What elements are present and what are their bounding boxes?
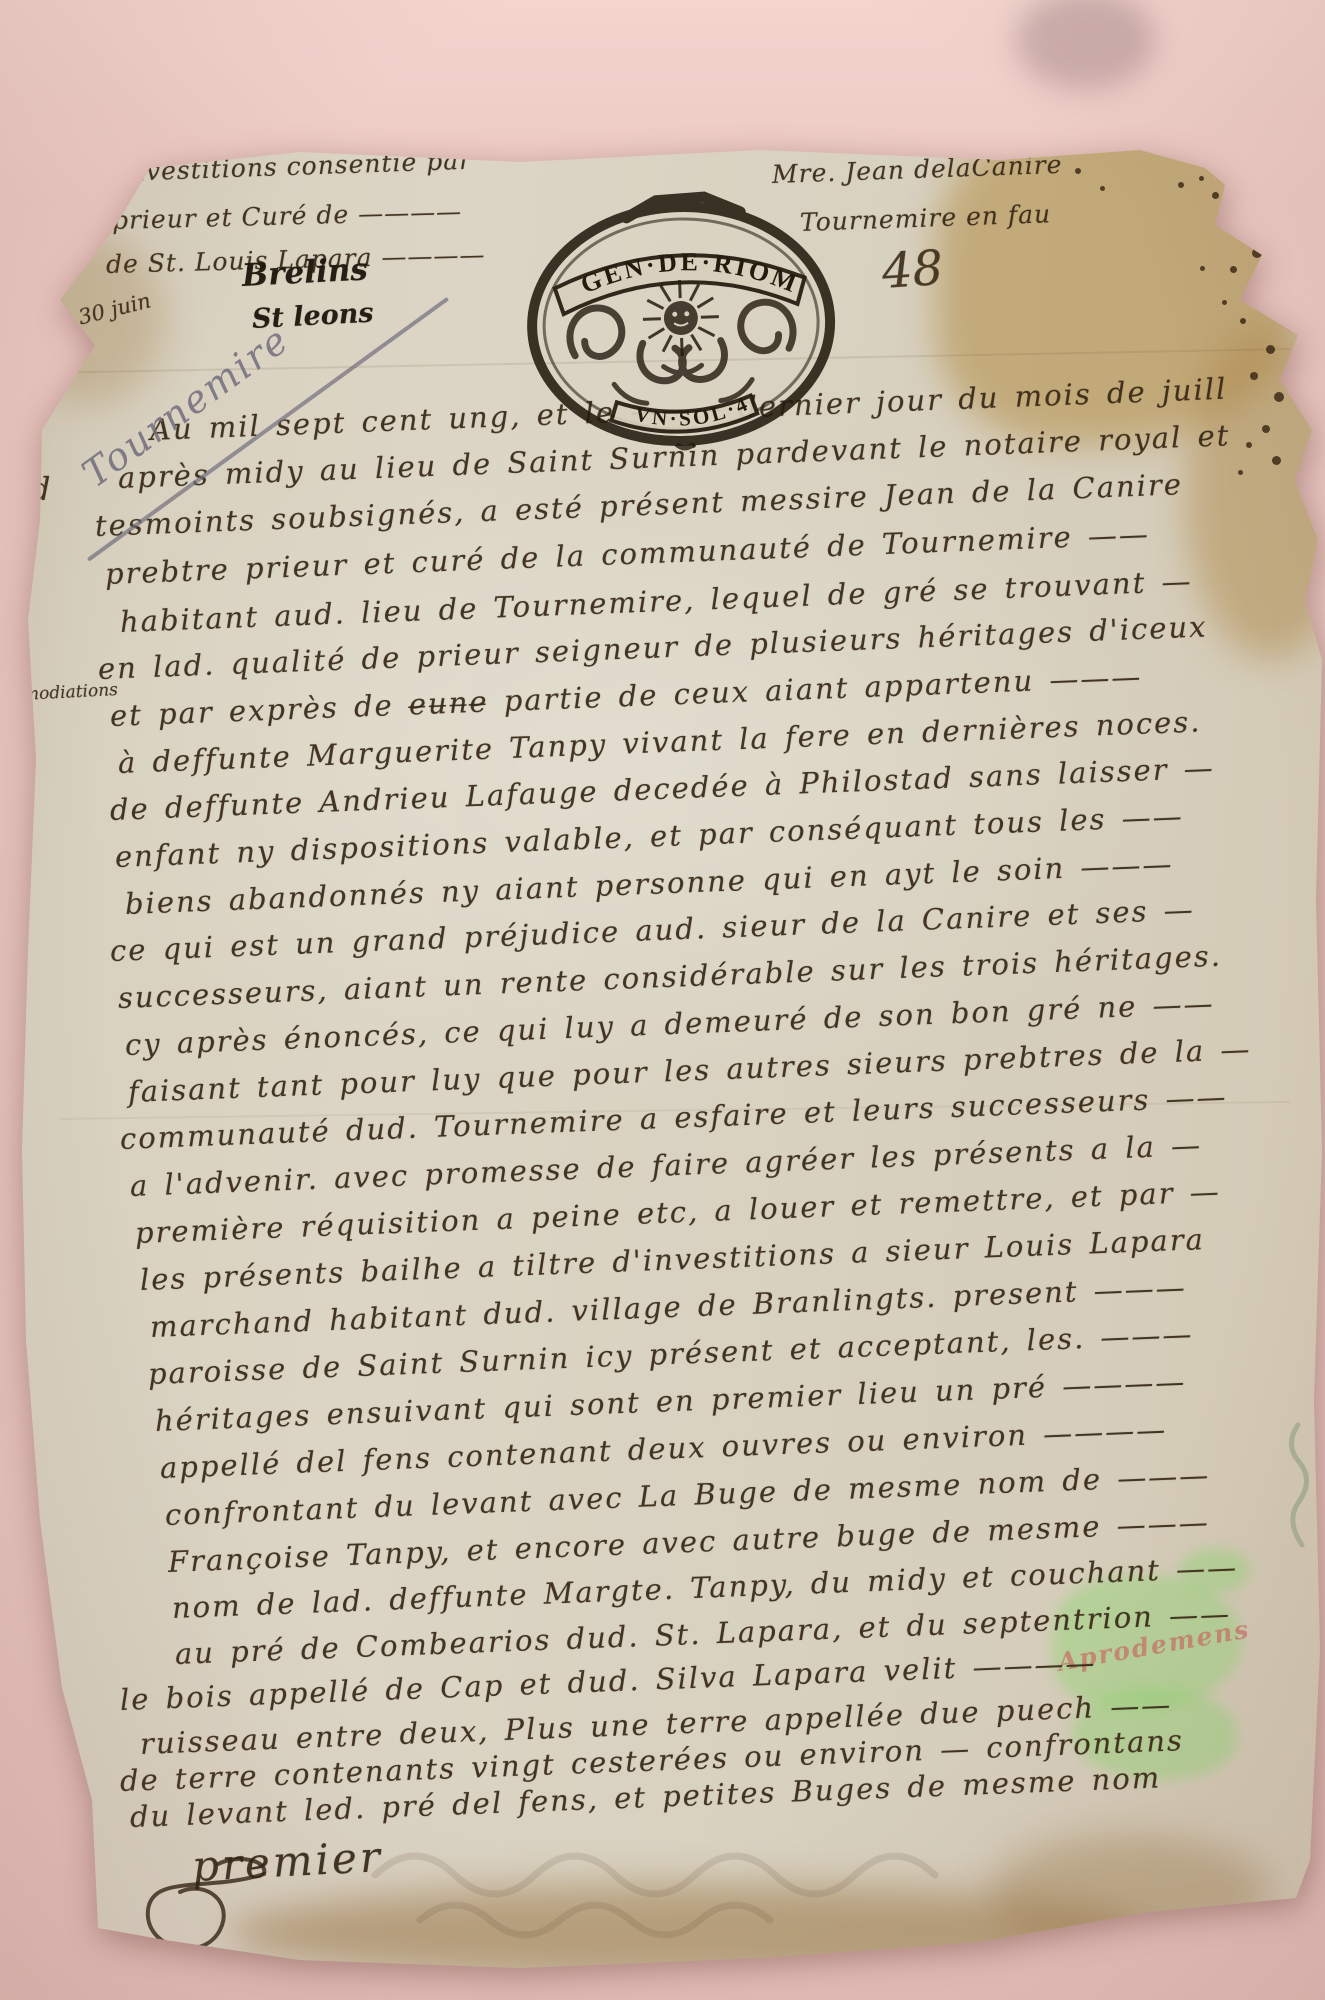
- ink-spot: [1230, 266, 1237, 273]
- folio-number: 48: [880, 240, 945, 300]
- ink-spot: [1238, 470, 1243, 475]
- ink-spot: [1258, 300, 1269, 311]
- signature-flourish: [118, 1852, 328, 1987]
- ink-spot: [1266, 345, 1275, 354]
- ink-spot: [1200, 266, 1205, 271]
- pencil-edge-squiggle: [1278, 1420, 1318, 1550]
- ink-bleed-through: [360, 1820, 1140, 1950]
- tax-stamp: GEN·DE·RIOM: [518, 185, 845, 458]
- ink-spot: [1272, 456, 1281, 465]
- margin-side-note: admodiations: [1, 680, 118, 706]
- ink-spot: [1222, 300, 1227, 305]
- header-left-line1: Investitions consentie par: [117, 146, 472, 187]
- ink-spot: [1240, 318, 1246, 324]
- registration-note-line1: Brelins: [241, 251, 369, 294]
- ink-spot: [1250, 372, 1258, 380]
- photo-of-manuscript: Aprodemens Investitions consentie par pr…: [0, 0, 1325, 2000]
- manuscript-paper: Aprodemens Investitions consentie par pr…: [0, 0, 1325, 2000]
- ink-spot: [1100, 186, 1105, 191]
- ink-spot: [1075, 168, 1081, 174]
- ink-spot: [1240, 212, 1249, 221]
- ink-spot: [1274, 392, 1284, 402]
- ink-spot: [1212, 192, 1219, 199]
- header-left-line2: prieur et Curé de ————: [112, 197, 463, 235]
- ink-spot: [1199, 176, 1204, 181]
- margin-initial: d: [30, 470, 50, 508]
- ink-spot: [1252, 248, 1262, 258]
- ink-spot: [1178, 182, 1184, 188]
- sun-face-icon: [642, 279, 721, 358]
- ink-spot: [1262, 425, 1270, 433]
- ink-spot: [1246, 442, 1252, 448]
